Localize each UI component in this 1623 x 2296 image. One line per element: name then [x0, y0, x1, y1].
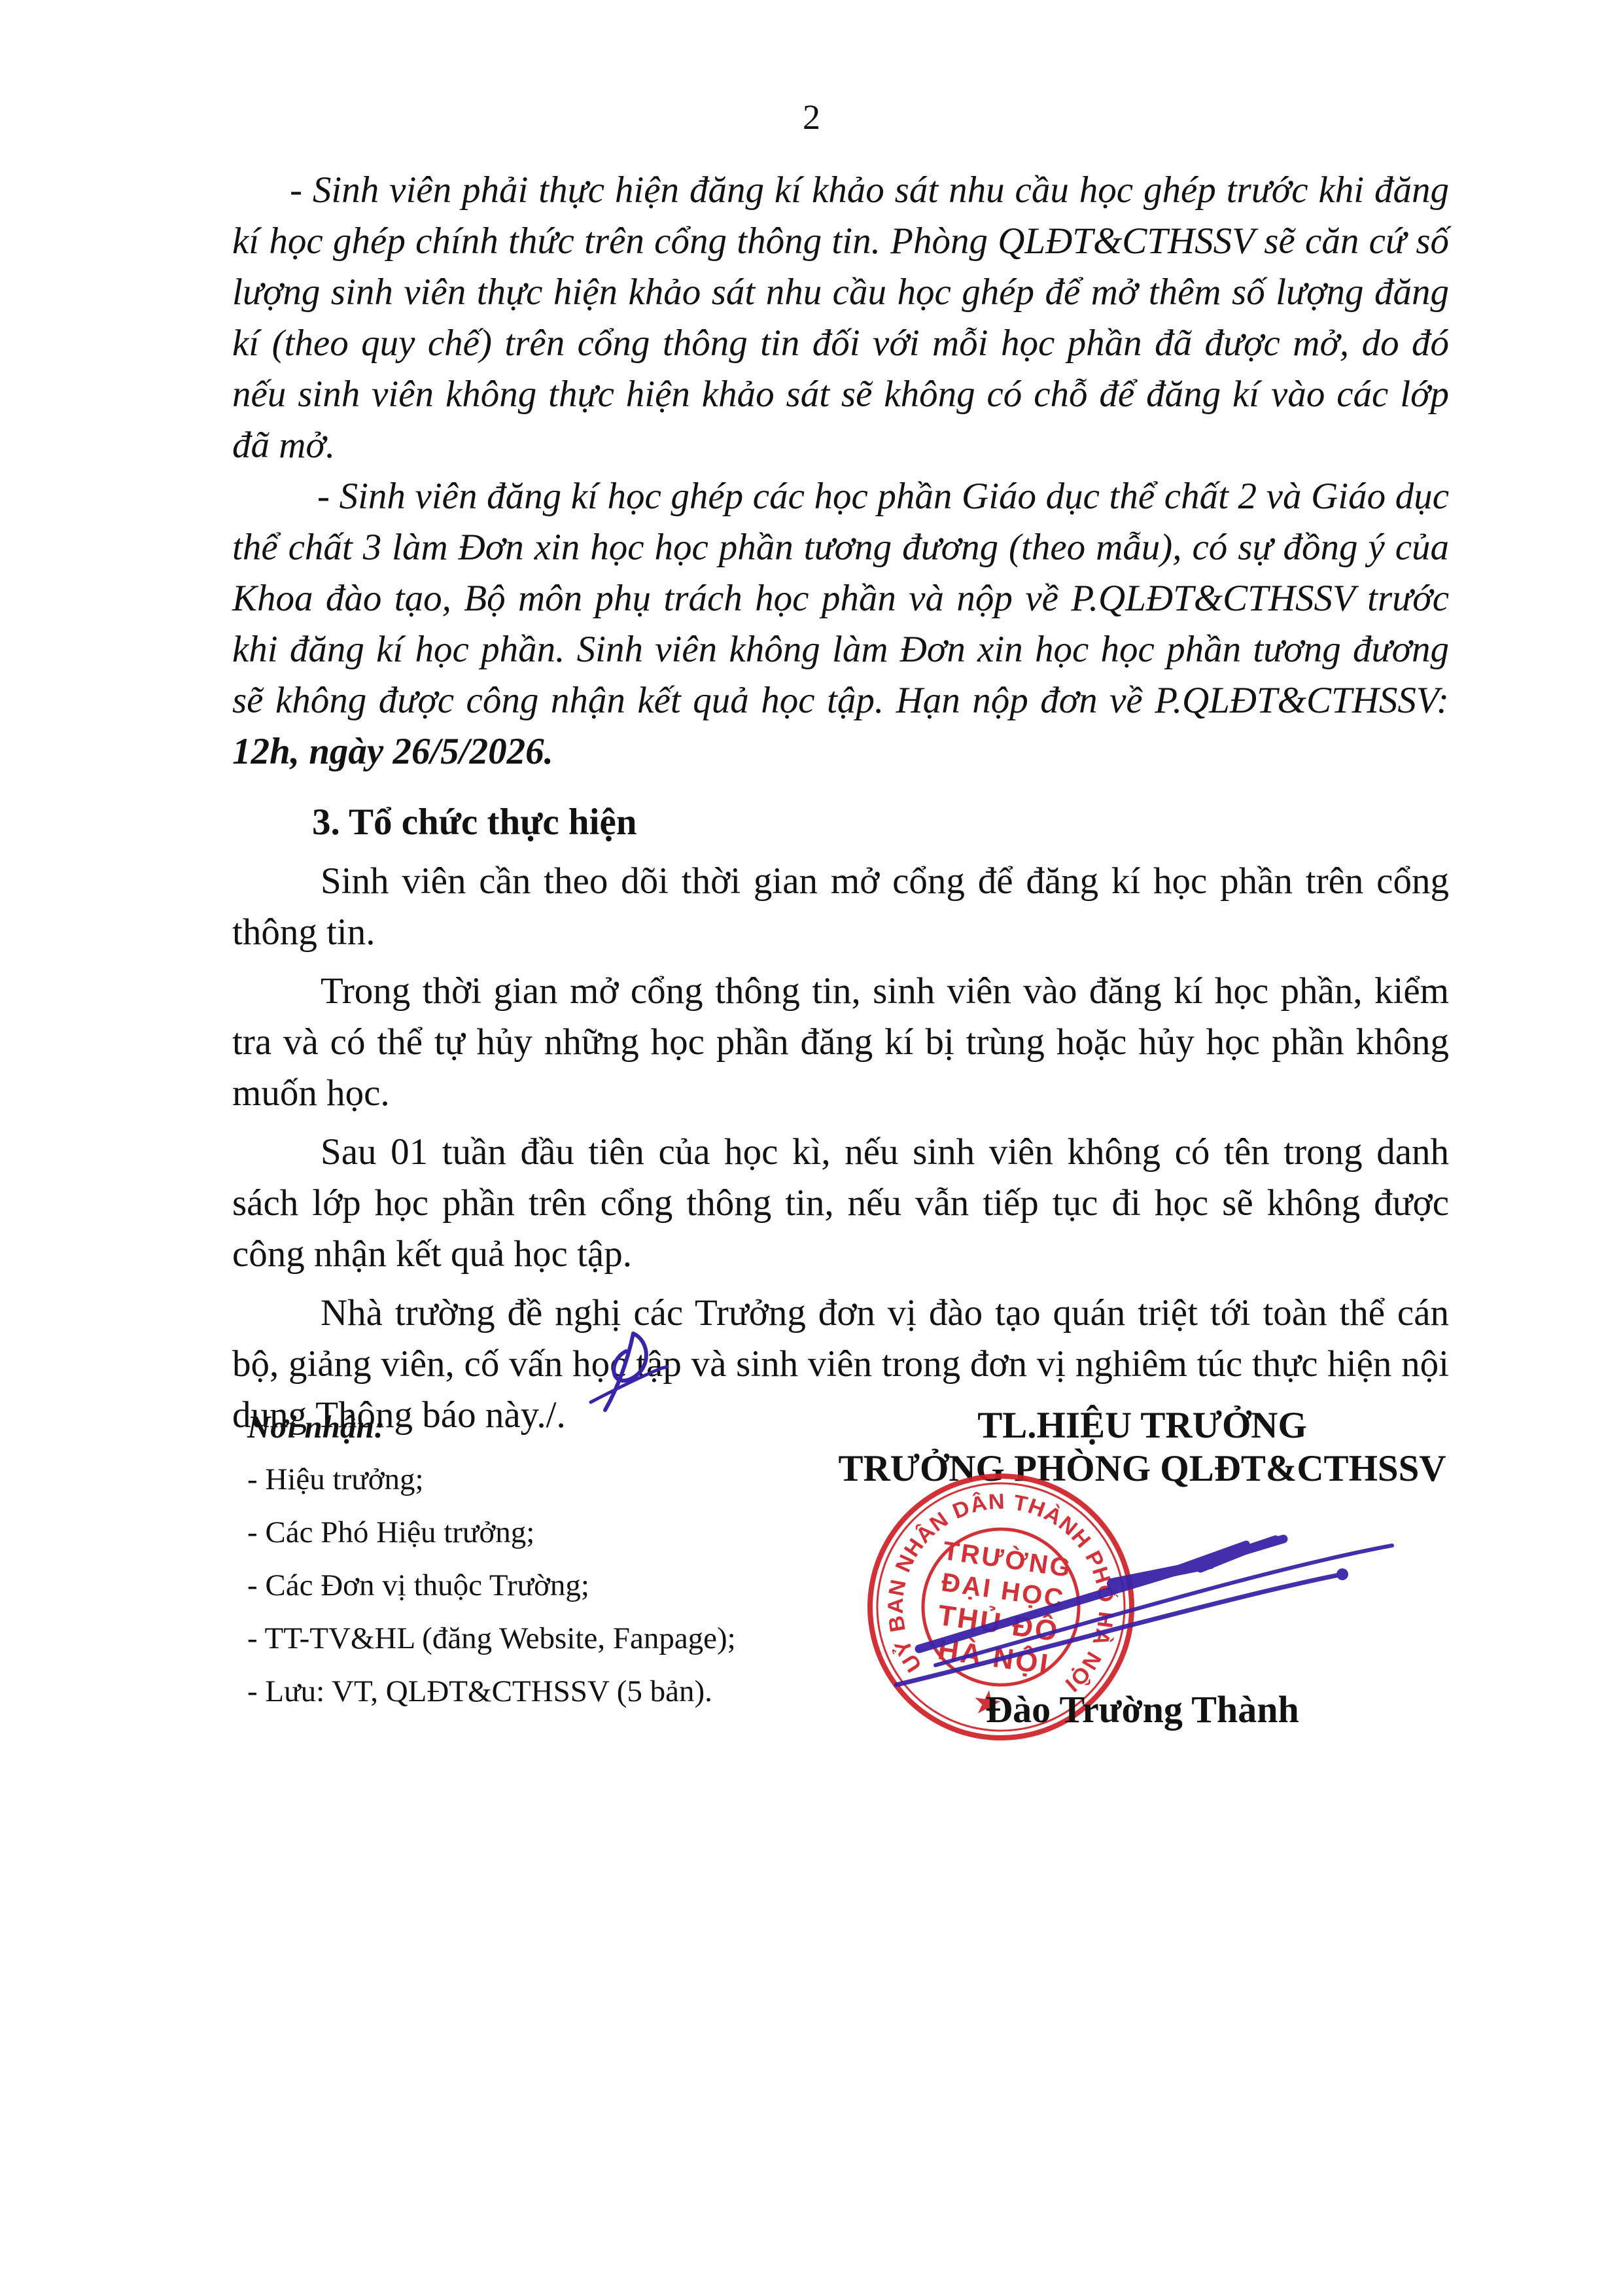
paragraph-portal-schedule: Sinh viên cần theo dõi thời gian mở cổng…	[232, 856, 1449, 958]
recipient-item: - Hiệu trưởng;	[247, 1453, 888, 1506]
signer-name: Đào Trường Thành	[828, 1687, 1456, 1733]
recipient-item: - Lưu: VT, QLĐT&CTHSSV (5 bản).	[247, 1665, 888, 1718]
paragraph-survey-requirement: - Sinh viên phải thực hiện đăng kí khảo …	[232, 165, 1449, 471]
section-heading-3: 3. Tổ chức thực hiện	[232, 797, 1449, 848]
recipient-item: - TT-TV&HL (đăng Website, Fanpage);	[247, 1612, 888, 1665]
deadline-emphasis: 12h, ngày 26/5/2026.	[232, 731, 553, 772]
recipient-item: - Các Đơn vị thuộc Trường;	[247, 1559, 888, 1612]
recipient-item: - Các Phó Hiệu trưởng;	[247, 1506, 888, 1559]
document-page: 2 - Sinh viên phải thực hiện đăng kí khả…	[0, 0, 1623, 2296]
page-number: 2	[0, 97, 1623, 137]
paragraph-registration-check: Trong thời gian mở cổng thông tin, sinh …	[232, 966, 1449, 1119]
recipients-block: Nơi nhận: - Hiệu trưởng; - Các Phó Hiệu …	[247, 1400, 888, 1718]
paragraph-first-week-rule: Sau 01 tuần đầu tiên của học kì, nếu sin…	[232, 1127, 1449, 1280]
signer-title-line1: TL.HIỆU TRƯỞNG	[828, 1404, 1456, 1447]
document-body: - Sinh viên phải thực hiện đăng kí khảo …	[232, 165, 1449, 1441]
paragraph-pe-equivalence-main: - Sinh viên đăng kí học ghép các học phầ…	[232, 476, 1449, 721]
handwritten-signature	[890, 1525, 1413, 1695]
recipients-title: Nơi nhận:	[247, 1400, 888, 1453]
paragraph-pe-equivalence: - Sinh viên đăng kí học ghép các học phầ…	[232, 471, 1449, 777]
